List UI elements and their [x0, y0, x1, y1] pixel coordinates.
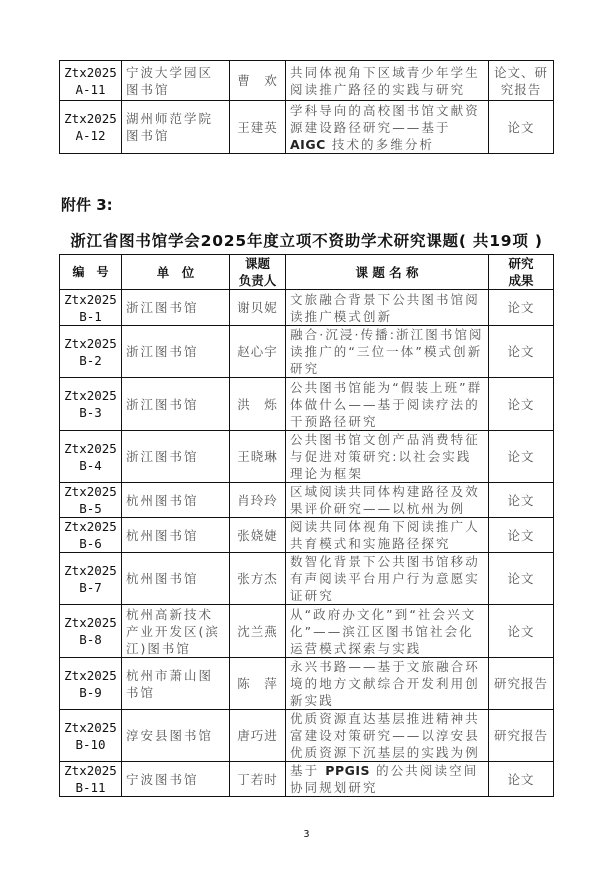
title-acronym: AIGC — [290, 137, 326, 152]
unit-cell: 宁波大学园区图书馆 — [122, 61, 230, 101]
project-id-prefix: Ztx2025 — [62, 518, 119, 535]
project-title-cell: 共同体视角下区域青少年学生阅读推广路径的实践与研究 — [286, 61, 489, 101]
unit-cell: 杭州高新技术产业开发区(滨江)图书馆 — [122, 605, 230, 658]
person-in-charge-cell: 洪 烁 — [230, 378, 286, 431]
table-row: Ztx2025A-11宁波大学园区图书馆曹 欢共同体视角下区域青少年学生阅读推广… — [60, 61, 554, 101]
research-result-cell: 论文 — [489, 553, 554, 605]
project-id-number: B-11 — [62, 779, 119, 796]
project-table-a: Ztx2025A-11宁波大学园区图书馆曹 欢共同体视角下区域青少年学生阅读推广… — [59, 60, 554, 154]
header-title: 课 题 名 称 — [286, 255, 489, 290]
project-id-number: B-2 — [62, 352, 119, 369]
project-id-number: B-8 — [62, 631, 119, 648]
project-id-prefix: Ztx2025 — [62, 387, 119, 404]
research-result-cell: 论文 — [489, 518, 554, 553]
table-row: Ztx2025B-8杭州高新技术产业开发区(滨江)图书馆沈兰燕从“政府办文化”到… — [60, 605, 554, 658]
person-in-charge-cell: 张方杰 — [230, 553, 286, 605]
person-in-charge-cell: 沈兰燕 — [230, 605, 286, 658]
project-title-cell: 数智化背景下公共图书馆移动有声阅读平台用户行为意愿实证研究 — [286, 553, 489, 605]
project-id-number: A-11 — [62, 81, 119, 98]
title-text: 数智化背景下公共图书馆移动有声阅读平台用户行为意愿实证研究 — [290, 554, 480, 603]
project-id-cell: Ztx2025B-7 — [60, 553, 122, 605]
research-result-cell: 论文、研究报告 — [489, 61, 554, 101]
project-id-cell: Ztx2025B-3 — [60, 378, 122, 431]
unit-cell: 杭州市萧山图书馆 — [122, 658, 230, 710]
project-id-prefix: Ztx2025 — [62, 483, 119, 500]
title-text: 技术的多维分析 — [326, 137, 434, 152]
header-row: 编 号 单 位 课题 负责人 课 题 名 称 研究 成果 — [60, 255, 554, 290]
unit-cell: 杭州图书馆 — [122, 553, 230, 605]
project-id-number: B-7 — [62, 579, 119, 596]
project-id-cell: Ztx2025B-2 — [60, 326, 122, 378]
project-id-prefix: Ztx2025 — [62, 335, 119, 352]
project-id-number: A-12 — [62, 127, 119, 144]
title-text: 区域阅读共同体构建路径及效果评价研究——以杭州为例 — [290, 484, 480, 516]
project-id-cell: Ztx2025B-6 — [60, 518, 122, 553]
research-result-cell: 论文 — [489, 483, 554, 518]
project-id-number: B-6 — [62, 535, 119, 552]
project-id-cell: Ztx2025B-5 — [60, 483, 122, 518]
project-id-number: B-10 — [62, 736, 119, 753]
document-title: 浙江省图书馆学会2025年度立项不资助学术研究课题( 共19项 ) — [0, 229, 613, 251]
table-row: Ztx2025B-5杭州图书馆肖玲玲区域阅读共同体构建路径及效果评价研究——以杭… — [60, 483, 554, 518]
title-text: 永兴书路——基于文旅融合环境的地方文献综合开发利用创新实践 — [290, 659, 480, 708]
project-title-cell: 文旅融合背景下公共图书馆阅读推广模式创新 — [286, 290, 489, 326]
project-id-prefix: Ztx2025 — [62, 762, 119, 779]
header-result-line1: 研究 — [493, 255, 549, 272]
unit-cell: 宁波图书馆 — [122, 762, 230, 797]
unit-cell: 浙江图书馆 — [122, 290, 230, 326]
project-id-number: B-3 — [62, 404, 119, 421]
unit-cell: 浙江图书馆 — [122, 431, 230, 483]
research-result-cell: 论文 — [489, 290, 554, 326]
table-row: Ztx2025B-10淳安县图书馆唐巧进优质资源直达基层推进精神共富建设对策研究… — [60, 710, 554, 762]
table-a-body: Ztx2025A-11宁波大学园区图书馆曹 欢共同体视角下区域青少年学生阅读推广… — [60, 61, 554, 154]
header-result-line2: 成果 — [493, 272, 549, 289]
title-text: 公共图书馆能为“假装上班”群体做什么——基于阅读疗法的干预路径研究 — [290, 380, 482, 429]
project-id-prefix: Ztx2025 — [62, 440, 119, 457]
title-text: 优质资源直达基层推进精神共富建设对策研究——以淳安县优质资源下沉基层的实践为例 — [290, 711, 480, 760]
person-in-charge-cell: 曹 欢 — [230, 61, 286, 101]
header-result: 研究 成果 — [489, 255, 554, 290]
header-person-line1: 课题 — [234, 255, 281, 272]
project-id-cell: Ztx2025B-9 — [60, 658, 122, 710]
project-title-cell: 基于 PPGIS 的公共阅读空间协同规划研究 — [286, 762, 489, 797]
research-result-cell: 论文 — [489, 326, 554, 378]
research-result-cell: 研究报告 — [489, 658, 554, 710]
header-person: 课题 负责人 — [230, 255, 286, 290]
project-title-cell: 阅读共同体视角下阅读推广人共育模式和实施路径探究 — [286, 518, 489, 553]
table-b-header: 编 号 单 位 课题 负责人 课 题 名 称 研究 成果 — [60, 255, 554, 290]
unit-cell: 杭州图书馆 — [122, 483, 230, 518]
project-id-number: B-9 — [62, 684, 119, 701]
table-row: Ztx2025B-1浙江图书馆谢贝妮文旅融合背景下公共图书馆阅读推广模式创新论文 — [60, 290, 554, 326]
project-title-cell: 融合·沉浸·传播:浙江图书馆阅读推广的“三位一体”模式创新研究 — [286, 326, 489, 378]
person-in-charge-cell: 王晓琳 — [230, 431, 286, 483]
unit-cell: 淳安县图书馆 — [122, 710, 230, 762]
title-text: 阅读共同体视角下阅读推广人共育模式和实施路径探究 — [290, 519, 480, 551]
page-number: 3 — [0, 829, 613, 840]
unit-cell: 浙江图书馆 — [122, 378, 230, 431]
table-row: Ztx2025B-6杭州图书馆张娆婕阅读共同体视角下阅读推广人共育模式和实施路径… — [60, 518, 554, 553]
project-id-cell: Ztx2025A-11 — [60, 61, 122, 101]
project-id-prefix: Ztx2025 — [62, 562, 119, 579]
header-id: 编 号 — [60, 255, 122, 290]
table-row: Ztx2025B-4浙江图书馆王晓琳公共图书馆文创产品消费特征与促进对策研究:以… — [60, 431, 554, 483]
research-result-cell: 论文 — [489, 605, 554, 658]
title-text: 学科导向的高校图书馆文献资源建设路径研究——基于 — [290, 103, 480, 135]
research-result-cell: 论文 — [489, 431, 554, 483]
project-id-prefix: Ztx2025 — [62, 667, 119, 684]
title-acronym: PPGIS — [325, 763, 370, 778]
table-row: Ztx2025B-11宁波图书馆丁若时基于 PPGIS 的公共阅读空间协同规划研… — [60, 762, 554, 797]
title-text: 融合·沉浸·传播:浙江图书馆阅读推广的“三位一体”模式创新研究 — [290, 327, 484, 376]
project-id-prefix: Ztx2025 — [62, 291, 119, 308]
person-in-charge-cell: 唐巧进 — [230, 710, 286, 762]
person-in-charge-cell: 谢贝妮 — [230, 290, 286, 326]
person-in-charge-cell: 赵心宇 — [230, 326, 286, 378]
project-title-cell: 区域阅读共同体构建路径及效果评价研究——以杭州为例 — [286, 483, 489, 518]
table-row: Ztx2025B-7杭州图书馆张方杰数智化背景下公共图书馆移动有声阅读平台用户行… — [60, 553, 554, 605]
research-result-cell: 研究报告 — [489, 710, 554, 762]
unit-cell: 杭州图书馆 — [122, 518, 230, 553]
project-title-cell: 永兴书路——基于文旅融合环境的地方文献综合开发利用创新实践 — [286, 658, 489, 710]
project-id-prefix: Ztx2025 — [62, 110, 119, 127]
project-id-number: B-4 — [62, 457, 119, 474]
research-result-cell: 论文 — [489, 101, 554, 154]
project-id-cell: Ztx2025B-11 — [60, 762, 122, 797]
table-row: Ztx2025B-2浙江图书馆赵心宇融合·沉浸·传播:浙江图书馆阅读推广的“三位… — [60, 326, 554, 378]
project-id-cell: Ztx2025B-1 — [60, 290, 122, 326]
project-title-cell: 公共图书馆文创产品消费特征与促进对策研究:以社会实践理论为框架 — [286, 431, 489, 483]
project-id-number: B-1 — [62, 308, 119, 325]
research-result-cell: 论文 — [489, 762, 554, 797]
project-title-cell: 公共图书馆能为“假装上班”群体做什么——基于阅读疗法的干预路径研究 — [286, 378, 489, 431]
table-b-body: Ztx2025B-1浙江图书馆谢贝妮文旅融合背景下公共图书馆阅读推广模式创新论文… — [60, 290, 554, 797]
person-in-charge-cell: 陈 萍 — [230, 658, 286, 710]
project-id-cell: Ztx2025B-8 — [60, 605, 122, 658]
project-id-cell: Ztx2025B-10 — [60, 710, 122, 762]
person-in-charge-cell: 王建英 — [230, 101, 286, 154]
research-result-cell: 论文 — [489, 378, 554, 431]
person-in-charge-cell: 丁若时 — [230, 762, 286, 797]
title-text: 基于 — [290, 763, 325, 778]
project-id-prefix: Ztx2025 — [62, 614, 119, 631]
project-table-b: 编 号 单 位 课题 负责人 课 题 名 称 研究 成果 Ztx2025B-1浙… — [59, 254, 554, 797]
project-id-number: B-5 — [62, 500, 119, 517]
project-id-prefix: Ztx2025 — [62, 719, 119, 736]
project-title-cell: 学科导向的高校图书馆文献资源建设路径研究——基于 AIGC 技术的多维分析 — [286, 101, 489, 154]
header-unit: 单 位 — [122, 255, 230, 290]
project-id-prefix: Ztx2025 — [62, 64, 119, 81]
project-id-cell: Ztx2025A-12 — [60, 101, 122, 154]
table-row: Ztx2025B-9杭州市萧山图书馆陈 萍永兴书路——基于文旅融合环境的地方文献… — [60, 658, 554, 710]
header-person-line2: 负责人 — [234, 272, 281, 289]
title-text: 公共图书馆文创产品消费特征与促进对策研究:以社会实践理论为框架 — [290, 432, 480, 481]
title-text: 共同体视角下区域青少年学生阅读推广路径的实践与研究 — [290, 65, 480, 97]
person-in-charge-cell: 张娆婕 — [230, 518, 286, 553]
title-text: 从“政府办文化”到“社会兴文化”——滨江区图书馆社会化运营模式探索与实践 — [290, 607, 476, 656]
table-row: Ztx2025B-3浙江图书馆洪 烁公共图书馆能为“假装上班”群体做什么——基于… — [60, 378, 554, 431]
project-id-cell: Ztx2025B-4 — [60, 431, 122, 483]
unit-cell: 湖州师范学院图书馆 — [122, 101, 230, 154]
person-in-charge-cell: 肖玲玲 — [230, 483, 286, 518]
project-title-cell: 从“政府办文化”到“社会兴文化”——滨江区图书馆社会化运营模式探索与实践 — [286, 605, 489, 658]
project-title-cell: 优质资源直达基层推进精神共富建设对策研究——以淳安县优质资源下沉基层的实践为例 — [286, 710, 489, 762]
table-row: Ztx2025A-12湖州师范学院图书馆王建英学科导向的高校图书馆文献资源建设路… — [60, 101, 554, 154]
annex-label: 附件 3: — [61, 194, 113, 215]
unit-cell: 浙江图书馆 — [122, 326, 230, 378]
title-text: 文旅融合背景下公共图书馆阅读推广模式创新 — [290, 292, 480, 324]
